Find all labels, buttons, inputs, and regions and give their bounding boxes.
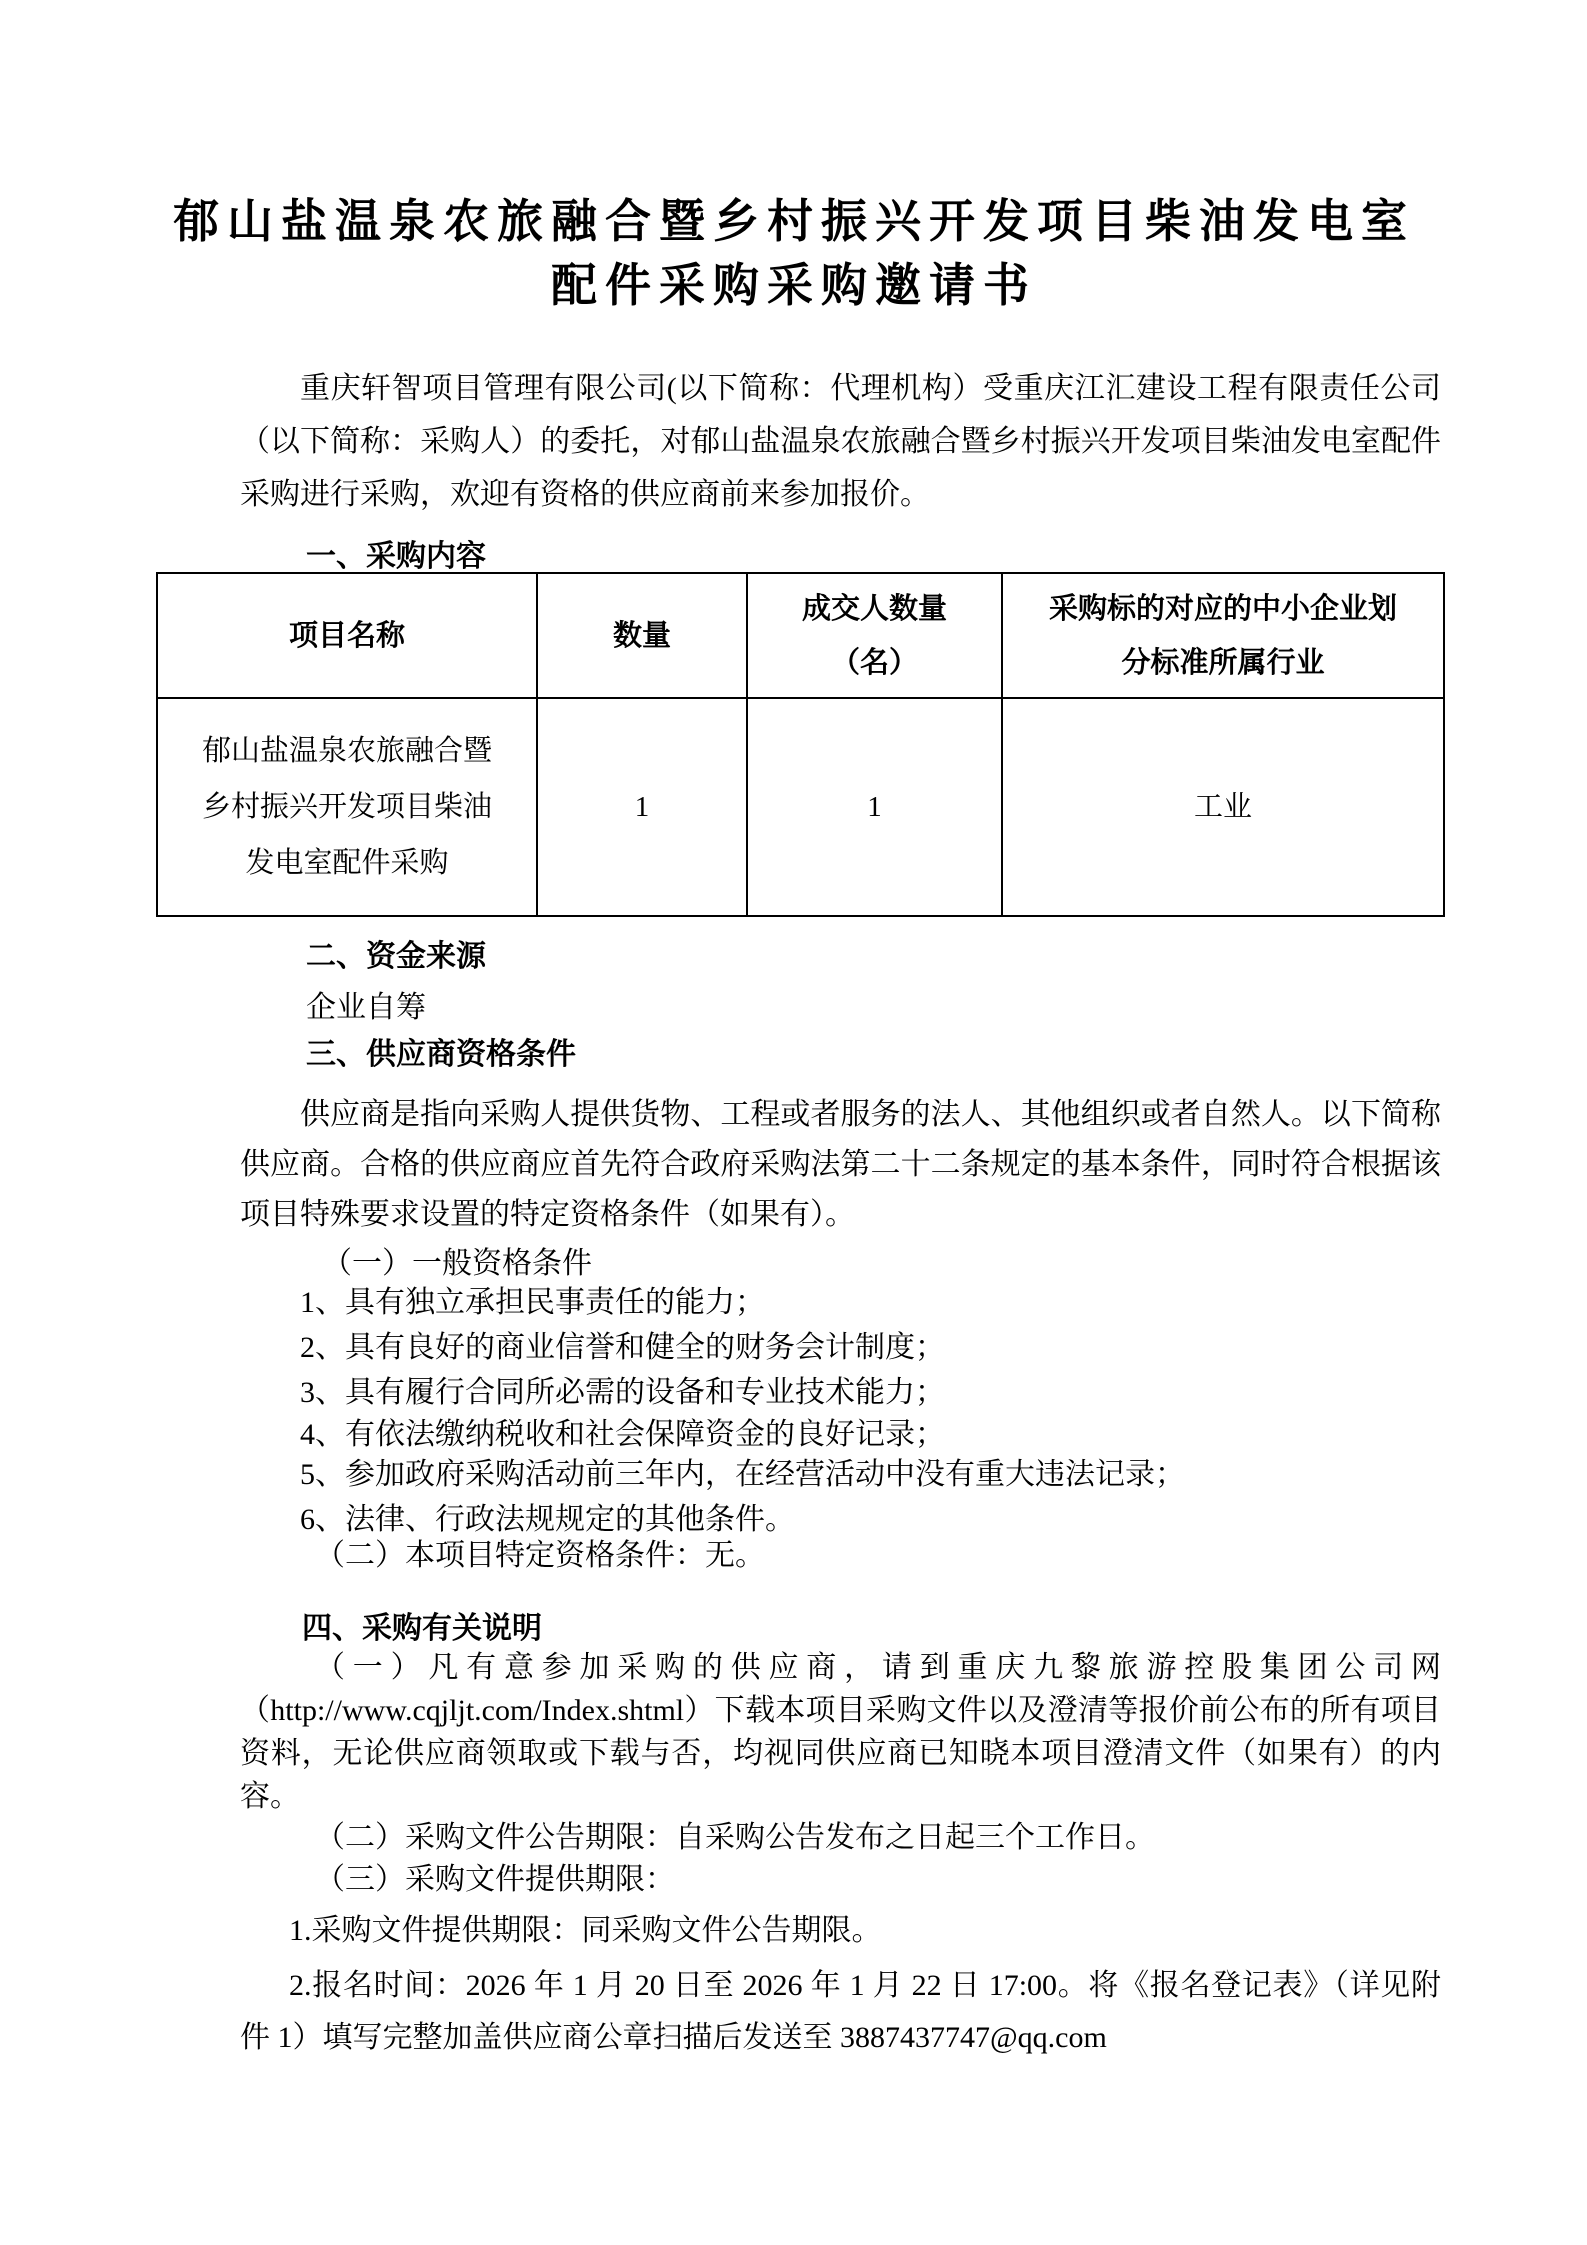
document-page: 郁山盐温泉农旅融合暨乡村振兴开发项目柴油发电室 配件采购采购邀请书 重庆轩智项目… (0, 0, 1587, 2245)
qualification-item-5: 5、参加政府采购活动前三年内，在经营活动中没有重大违法记录； (300, 1452, 1185, 1498)
header-quantity: 数量 (537, 573, 747, 698)
cell-industry-category: 工业 (1002, 698, 1444, 916)
section3-heading: 三、供应商资格条件 (306, 1032, 576, 1078)
cell-winner-count: 1 (747, 698, 1002, 916)
section2-heading: 二、资金来源 (306, 934, 486, 980)
header-industry-category: 采购标的对应的中小企业划分标准所属行业 (1002, 573, 1444, 698)
specific-qualification-line: （二）本项目特定资格条件：无。 (315, 1533, 765, 1579)
procurement-table: 项目名称 数量 成交人数量（名） 采购标的对应的中小企业划分标准所属行业 郁山盐… (156, 572, 1445, 917)
supplier-qualification-paragraph: 供应商是指向采购人提供货物、工程或者服务的法人、其他组织或者自然人。以下简称供应… (240, 1090, 1441, 1240)
document-title: 郁山盐温泉农旅融合暨乡村振兴开发项目柴油发电室 配件采购采购邀请书 (84, 190, 1504, 318)
document-provision-period-line: 1.采购文件提供期限：同采购文件公告期限。 (289, 1908, 1441, 1954)
document-title-line1: 郁山盐温泉农旅融合暨乡村振兴开发项目柴油发电室 (84, 190, 1504, 254)
procurement-note-paragraph-1: （一）凡有意参加采购的供应商，请到重庆九黎旅游控股集团公司网（http://ww… (240, 1646, 1441, 1818)
table-row: 郁山盐温泉农旅融合暨乡村振兴开发项目柴油发电室配件采购 1 1 工业 (157, 698, 1444, 916)
intro-paragraph: 重庆轩智项目管理有限公司(以下简称：代理机构）受重庆江汇建设工程有限责任公司（以… (240, 362, 1441, 521)
qualification-item-2: 2、具有良好的商业信誉和健全的财务会计制度； (300, 1325, 945, 1371)
qualification-item-1: 1、具有独立承担民事责任的能力； (300, 1280, 765, 1326)
header-project-name: 项目名称 (157, 573, 537, 698)
funding-source-text: 企业自筹 (306, 985, 426, 1031)
document-title-line2: 配件采购采购邀请书 (84, 254, 1504, 318)
procurement-table-wrapper: 项目名称 数量 成交人数量（名） 采购标的对应的中小企业划分标准所属行业 郁山盐… (156, 572, 1443, 917)
procurement-note-paragraph-3: （三）采购文件提供期限： (315, 1857, 675, 1903)
cell-project-name: 郁山盐温泉农旅融合暨乡村振兴开发项目柴油发电室配件采购 (157, 698, 537, 916)
procurement-note-paragraph-2: （二）采购文件公告期限：自采购公告发布之日起三个工作日。 (315, 1815, 1155, 1861)
qualification-item-3: 3、具有履行合同所必需的设备和专业技术能力； (300, 1370, 945, 1416)
table-header-row: 项目名称 数量 成交人数量（名） 采购标的对应的中小企业划分标准所属行业 (157, 573, 1444, 698)
header-winner-count: 成交人数量（名） (747, 573, 1002, 698)
registration-time-paragraph: 2.报名时间：2026 年 1 月 20 日至 2026 年 1 月 22 日 … (240, 1960, 1441, 2064)
cell-quantity: 1 (537, 698, 747, 916)
